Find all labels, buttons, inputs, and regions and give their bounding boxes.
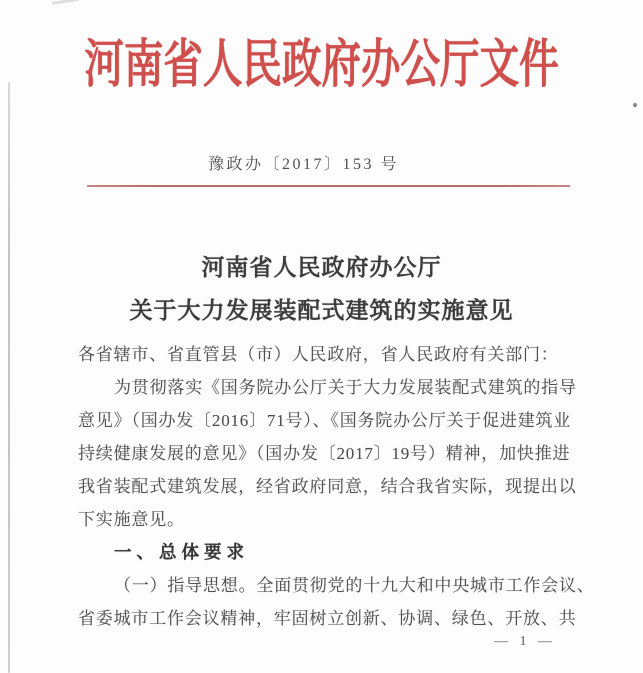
body-line: 下实施意见。 bbox=[78, 503, 570, 536]
document-title-line-1: 河南省人民政府办公厅 bbox=[0, 249, 643, 282]
body-line: 意见》（国办发〔2016〕71号）、《国务院办公厅关于促进建筑业 bbox=[78, 404, 570, 437]
document-title-line-2: 关于大力发展装配式建筑的实施意见 bbox=[0, 292, 643, 325]
red-divider-rule bbox=[87, 185, 570, 187]
body-line: 为贯彻落实《国务院办公厅关于大力发展装配式建筑的指导 bbox=[78, 371, 570, 404]
document-page: 河南省人民政府办公厅文件 豫政办〔2017〕153 号 河南省人民政府办公厅 关… bbox=[0, 0, 643, 673]
body-line: 省委城市工作会议精神，牢固树立创新、协调、绿色、开放、共 bbox=[78, 602, 570, 635]
body-line: 持续健康发展的意见》（国办发〔2017〕19号）精神，加快推进 bbox=[78, 437, 570, 470]
document-body: 各省辖市、省直管县（市）人民政府，省人民政府有关部门： 为贯彻落实《国务院办公厅… bbox=[78, 338, 570, 635]
scan-artifact-mark bbox=[52, 0, 78, 5]
scan-speck bbox=[633, 103, 637, 107]
document-number: 豫政办〔2017〕153 号 bbox=[0, 151, 625, 174]
body-line-salutation: 各省辖市、省直管县（市）人民政府，省人民政府有关部门： bbox=[78, 338, 570, 371]
body-line: 我省装配式建筑发展，经省政府同意，结合我省实际，现提出以 bbox=[78, 470, 570, 503]
section-heading: 一、总体要求 bbox=[78, 536, 570, 569]
body-line: （一）指导思想。全面贯彻党的十九大和中央城市工作会议、 bbox=[78, 569, 570, 602]
agency-masthead-title: 河南省人民政府办公厅文件 bbox=[77, 36, 566, 96]
page-number: — 1 — bbox=[470, 634, 580, 650]
